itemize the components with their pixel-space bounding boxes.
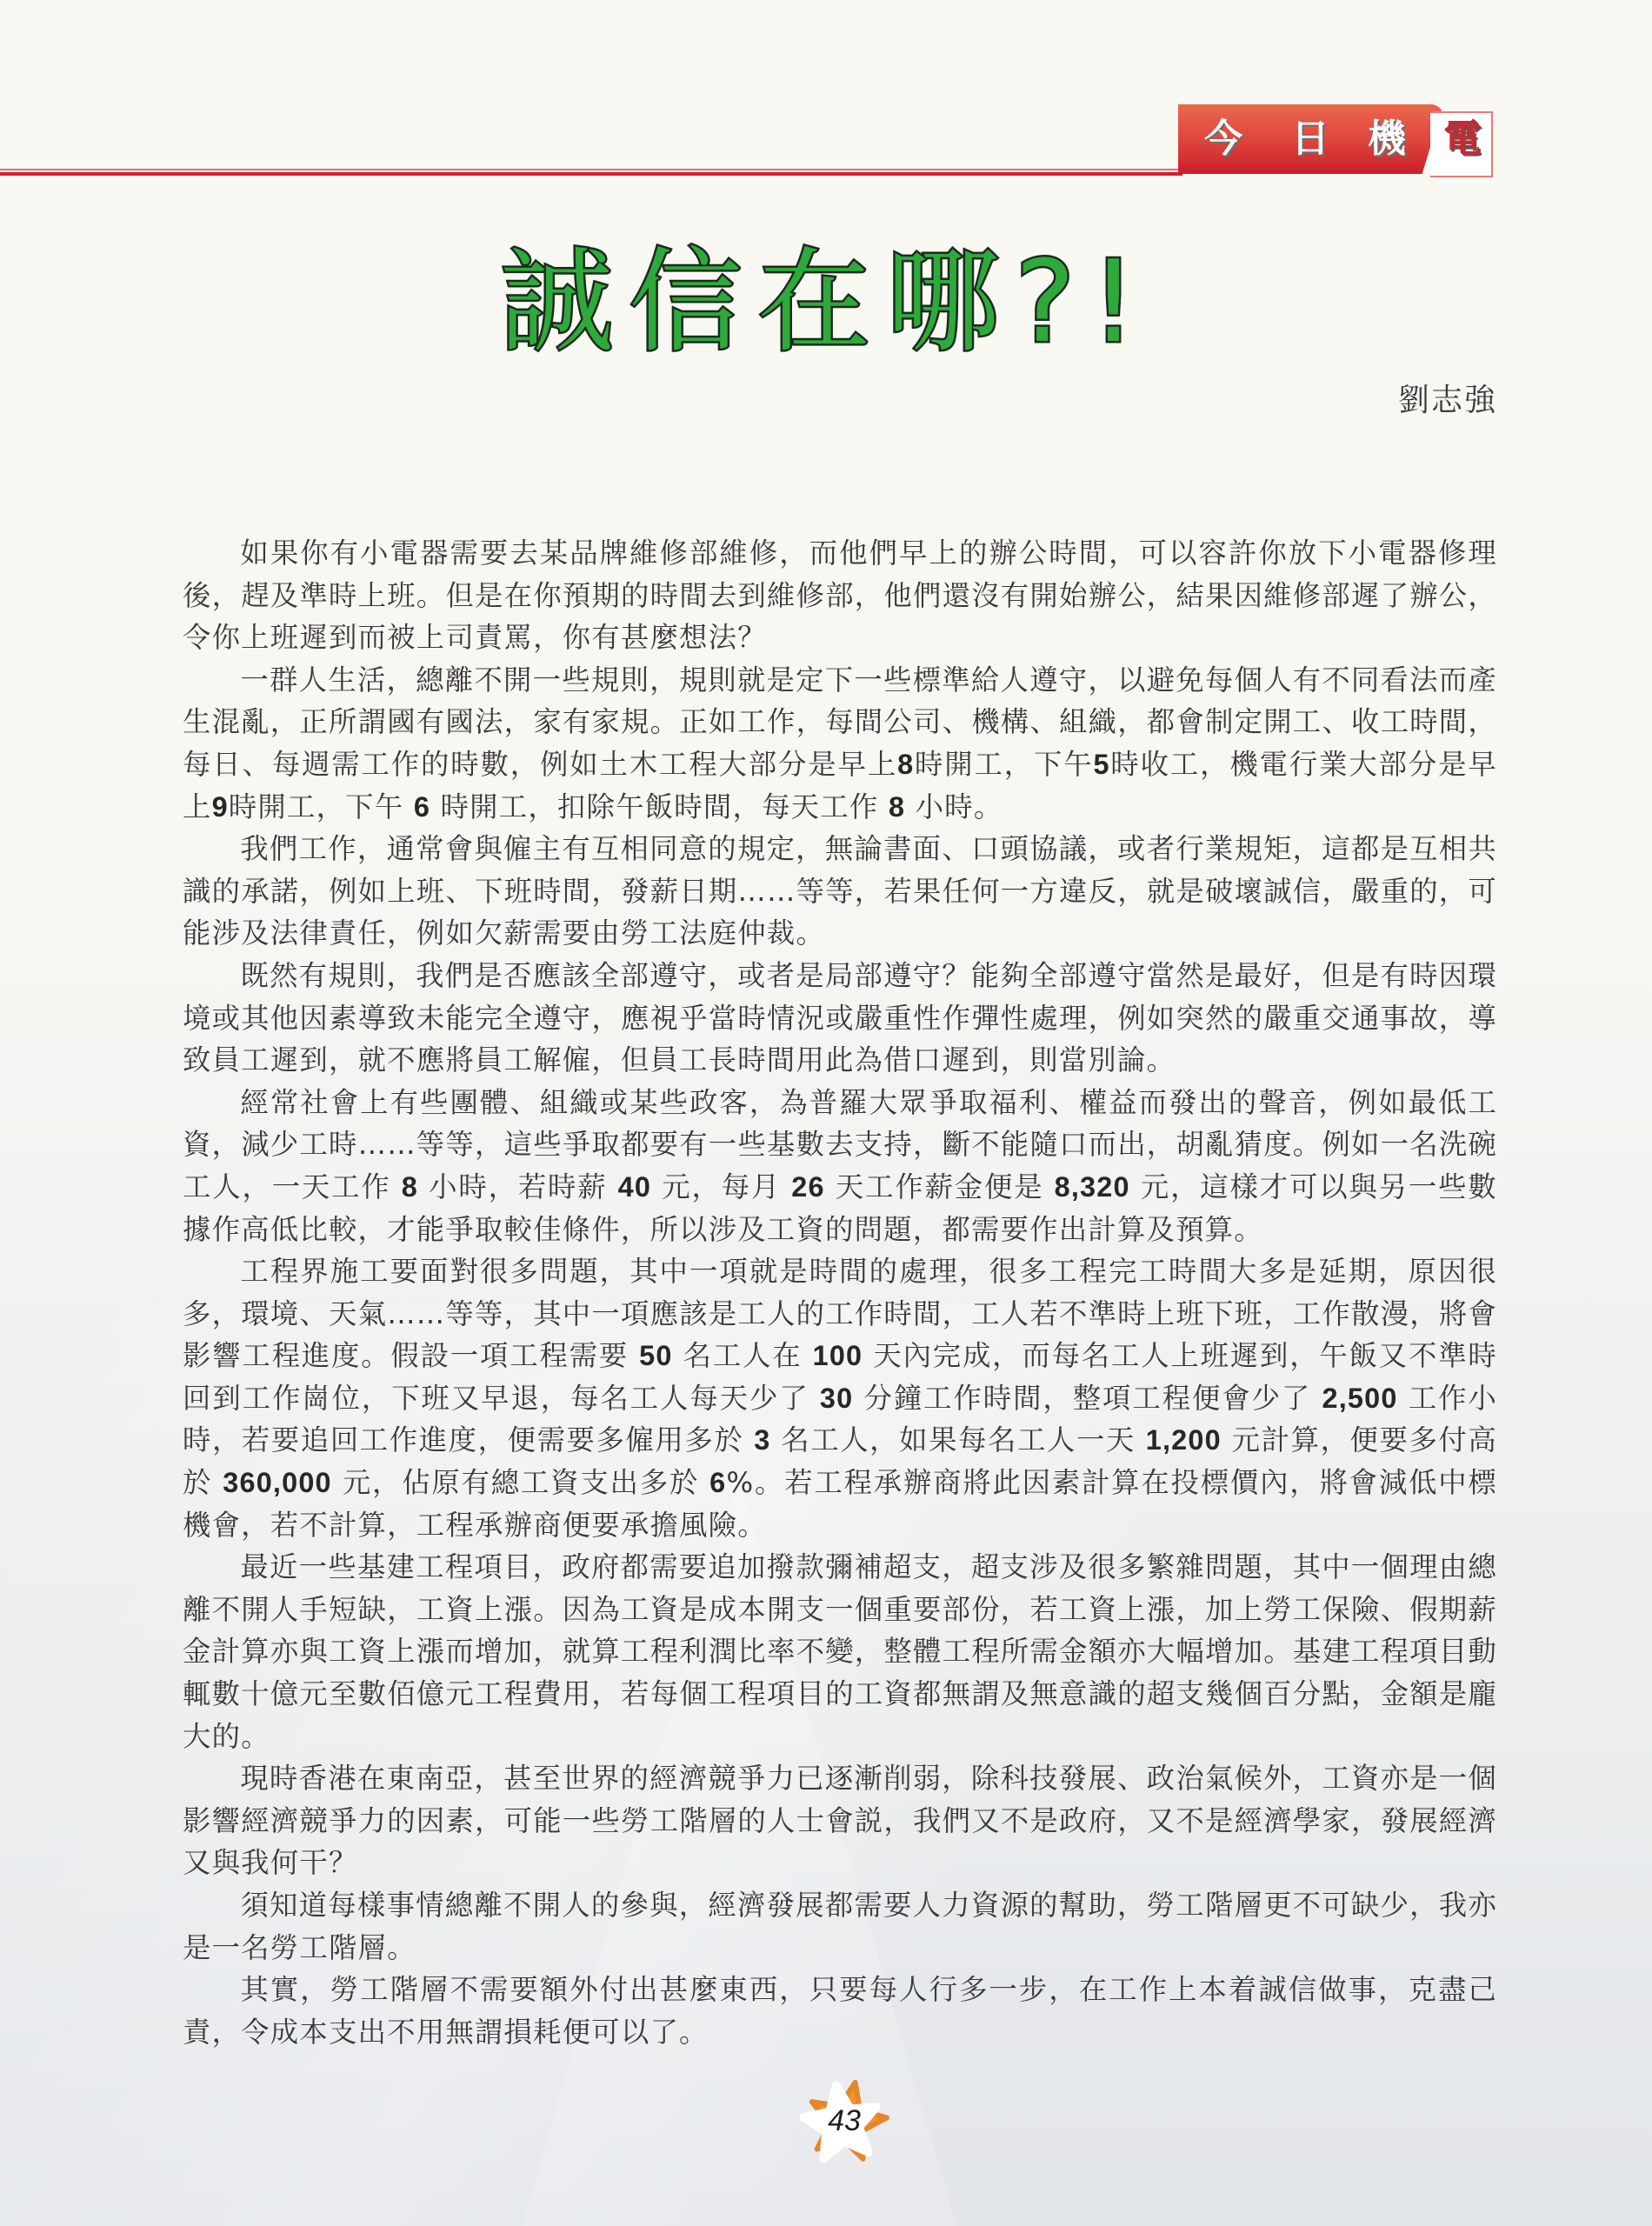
section-banner-char: 機 — [1368, 115, 1406, 163]
article-paragraph: 一群人生活，總離不開一些規則，規則就是定下一些標準給人遵守，以避免每個人有不同看… — [183, 659, 1497, 828]
article-paragraph: 最近一些基建工程項目，政府都需要追加撥款彌補超支，超支涉及很多繁雜問題，其中一個… — [183, 1546, 1497, 1757]
numeric-value: 6 — [709, 1467, 726, 1498]
paragraph-text: 現時香港在東南亞，甚至世界的經濟競爭力已逐漸削弱，除科技發展、政治氣候外，工資亦… — [183, 1762, 1497, 1879]
paragraph-text: 既然有規則，我們是否應該全部遵守，或者是局部遵守？能夠全部遵守當然是最好，但是有… — [183, 959, 1497, 1076]
article-paragraph: 其實，勞工階層不需要額外付出甚麼東西，只要每人行多一步，在工作上本着誠信做事，克… — [183, 1969, 1497, 2053]
numeric-value: 26 — [791, 1171, 824, 1203]
numeric-value: 8 — [889, 791, 905, 823]
paragraph-text: 我們工作，通常會與僱主有互相同意的規定，無論書面、口頭協議，或者行業規矩，這都是… — [183, 832, 1497, 950]
section-banner-char: 日 — [1291, 115, 1329, 163]
paragraph-text: 小時，若時薪 — [418, 1170, 618, 1203]
numeric-value: 30 — [820, 1383, 853, 1414]
article-paragraph: 我們工作，通常會與僱主有互相同意的規定，無論書面、口頭協議，或者行業規矩，這都是… — [183, 828, 1497, 955]
paragraph-text: 名工人，如果每名工人一天 — [770, 1423, 1145, 1456]
paragraph-text: 其實，勞工階層不需要額外付出甚麼東西，只要每人行多一步，在工作上本着誠信做事，克… — [183, 1973, 1497, 2049]
paragraph-text: 元，佔原有總工資支出多於 — [332, 1466, 709, 1499]
article-paragraph: 經常社會上有些團體、組織或某些政客，為普羅大眾爭取福利、權益而發出的聲音，例如最… — [183, 1082, 1497, 1250]
numeric-value: 40 — [618, 1171, 651, 1203]
numeric-value: 8 — [402, 1171, 418, 1203]
header-rule-thin-line — [0, 169, 1182, 170]
article-paragraph: 既然有規則，我們是否應該全部遵守，或者是局部遵守？能夠全部遵守當然是最好，但是有… — [183, 955, 1497, 1082]
numeric-value: 3 — [754, 1424, 770, 1456]
numeric-value: 2,500 — [1322, 1383, 1397, 1414]
numeric-value: 8,320 — [1055, 1171, 1130, 1203]
section-banner: 今 日 機 電 — [1178, 104, 1500, 174]
page-number-badge: 43 — [796, 2075, 892, 2170]
paragraph-text: 須知道每樣事情總離不開人的參與，經濟發展都需要人力資源的幫助，勞工階層更不可缺少… — [183, 1889, 1497, 1964]
article-paragraph: 現時香港在東南亞，甚至世界的經濟競爭力已逐漸削弱，除科技發展、政治氣候外，工資亦… — [183, 1757, 1497, 1884]
numeric-value: 360,000 — [223, 1467, 331, 1498]
article-paragraph: 如果你有小電器需要去某品牌維修部維修，而他們早上的辦公時間，可以容許你放下小電器… — [183, 532, 1497, 659]
paragraph-text: 名工人在 — [673, 1339, 813, 1372]
numeric-value: 5 — [1093, 749, 1109, 780]
numeric-value: 50 — [639, 1340, 672, 1371]
paragraph-text: 天工作薪金便是 — [825, 1170, 1055, 1203]
paragraph-text: 元，每月 — [651, 1170, 791, 1203]
article-author: 劉志強 — [1398, 376, 1497, 420]
section-banner-char: 電 — [1443, 115, 1482, 163]
paragraph-text: 如果你有小電器需要去某品牌維修部維修，而他們早上的辦公時間，可以容許你放下小電器… — [183, 537, 1497, 654]
paragraph-text: 時開工，下午 — [229, 790, 414, 823]
numeric-value: 8 — [897, 749, 914, 780]
numeric-value: 6 — [414, 791, 430, 823]
section-banner-char: 今 — [1204, 115, 1242, 163]
paragraph-text: 時開工，扣除午飯時間，每天工作 — [430, 790, 889, 823]
numeric-value: 9 — [212, 791, 229, 823]
article-body: 如果你有小電器需要去某品牌維修部維修，而他們早上的辦公時間，可以容許你放下小電器… — [183, 532, 1497, 2053]
paragraph-text: 分鐘工作時間，整項工程便會少了 — [853, 1382, 1322, 1415]
article-paragraph: 工程界施工要面對很多問題，其中一項就是時間的處理，很多工程完工時間大多是延期，原… — [183, 1250, 1497, 1546]
paragraph-text: 小時。 — [905, 790, 1003, 823]
header-rule-thick-line — [0, 172, 1182, 176]
article-title: 誠信在哪?! — [0, 237, 1652, 367]
article-paragraph: 須知道每樣事情總離不開人的參與，經濟發展都需要人力資源的幫助，勞工階層更不可缺少… — [183, 1884, 1497, 1969]
header-rule — [0, 169, 1182, 176]
numeric-value: 100 — [813, 1340, 863, 1371]
paragraph-text: 最近一些基建工程項目，政府都需要追加撥款彌補超支，超支涉及很多繁雜問題，其中一個… — [183, 1550, 1497, 1752]
paragraph-text: 時開工，下午 — [914, 748, 1093, 781]
page-number: 43 — [796, 2104, 892, 2138]
numeric-value: 1,200 — [1146, 1424, 1222, 1456]
